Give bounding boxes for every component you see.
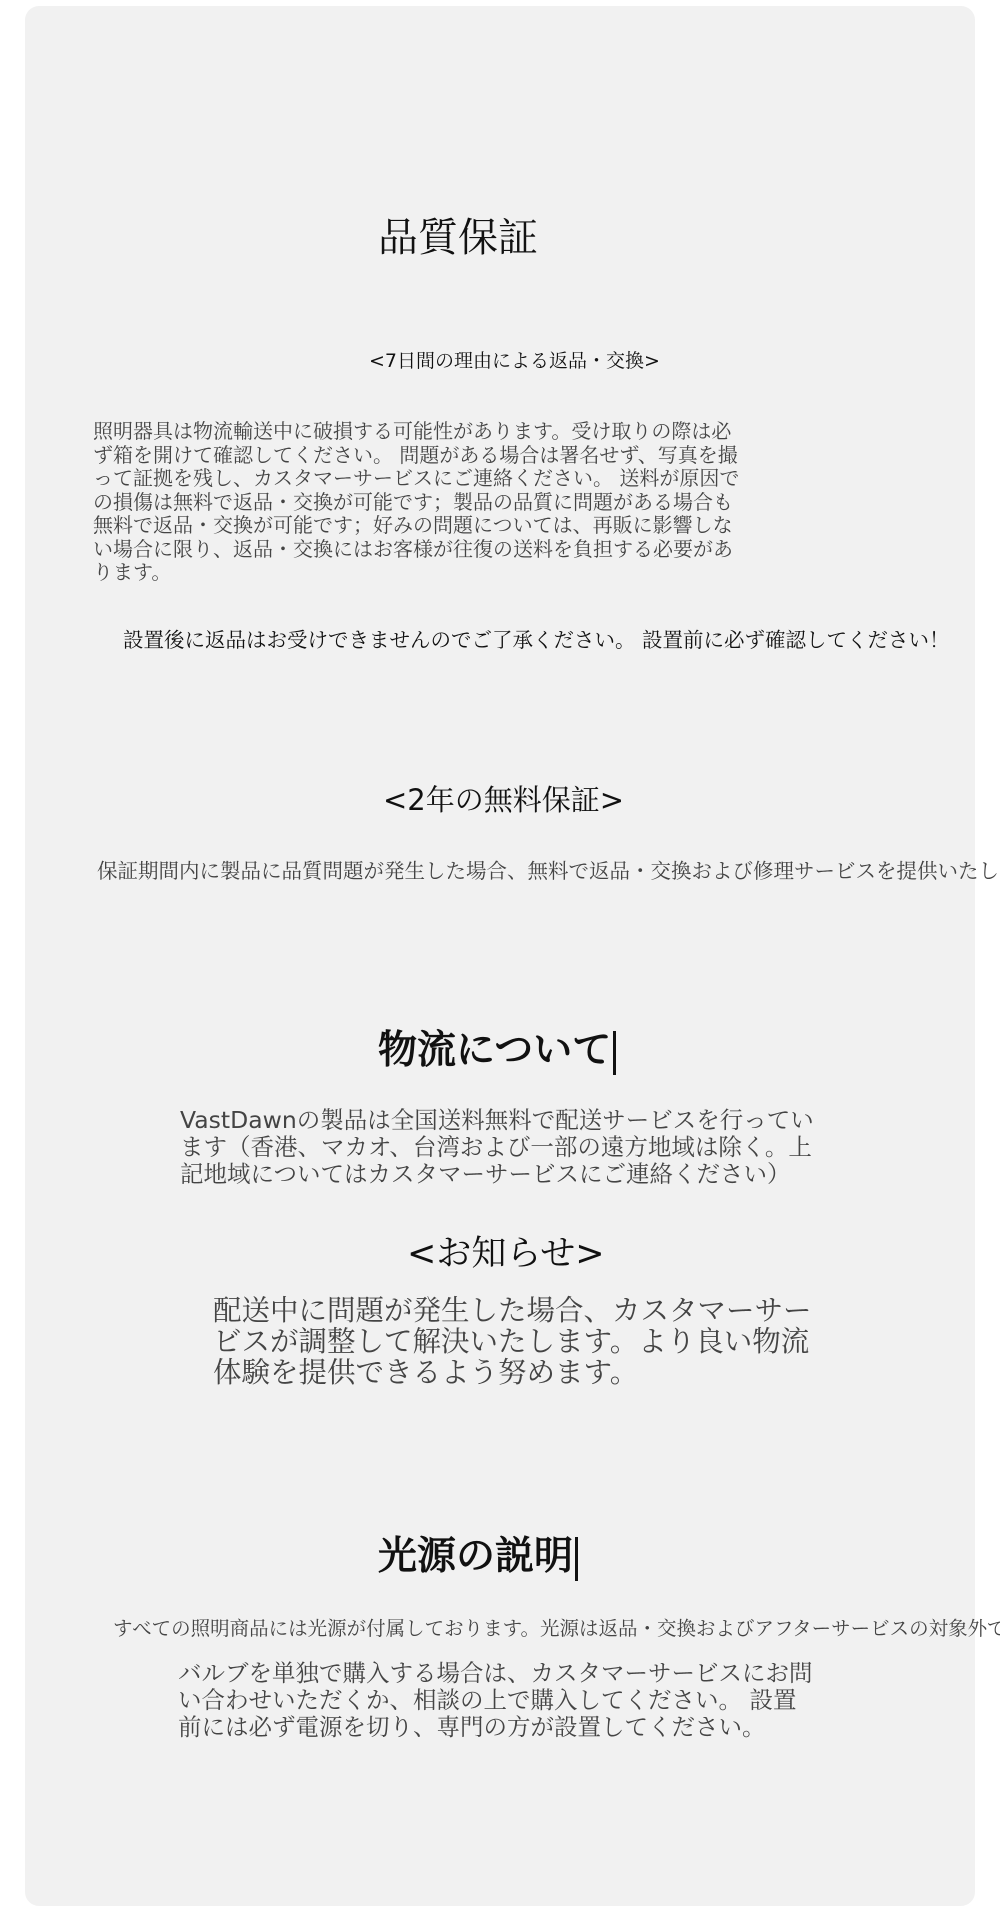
return-paragraph: 照明器具は物流輸送中に破損する可能性があります。受け取りの際は必ず箱を開けて確認…: [93, 420, 748, 585]
light-source-title: 光源の説明: [378, 1525, 578, 1581]
notice-paragraph: 配送中に問題が発生した場合、カスタマーサービスが調整して解決いたします。より良い…: [213, 1295, 833, 1388]
text-cursor-icon: [575, 1537, 578, 1581]
warranty-heading: <2年の無料保証>: [383, 778, 624, 819]
logistics-title-text: 物流について: [378, 1028, 611, 1073]
light-source-paragraph: バルブを単独で購入する場合は、カスタマーサービスにお問い合わせいただくか、相談の…: [178, 1660, 818, 1741]
warranty-text: 保証期間内に製品に品質問題が発生した場合、無料で返品・交換および修理サービスを提…: [97, 854, 1000, 884]
light-source-line: すべての照明商品には光源が付属しております。光源は返品・交換およびアフターサービ…: [113, 1613, 1000, 1641]
logistics-paragraph: VastDawnの製品は全国送料無料で配送サービスを行っています（香港、マカオ、…: [180, 1107, 830, 1188]
return-heading: <7日間の理由による返品・交換>: [369, 346, 660, 373]
notice-heading: <お知らせ>: [407, 1226, 605, 1276]
quality-title: 品質保証: [378, 206, 538, 263]
text-cursor-icon: [613, 1031, 616, 1075]
install-warning: 設置後に返品はお受けできませんのでご了承ください。 設置前に必ず確認してください…: [123, 623, 950, 653]
logistics-title: 物流について: [378, 1019, 616, 1075]
light-source-title-text: 光源の説明: [378, 1534, 573, 1579]
